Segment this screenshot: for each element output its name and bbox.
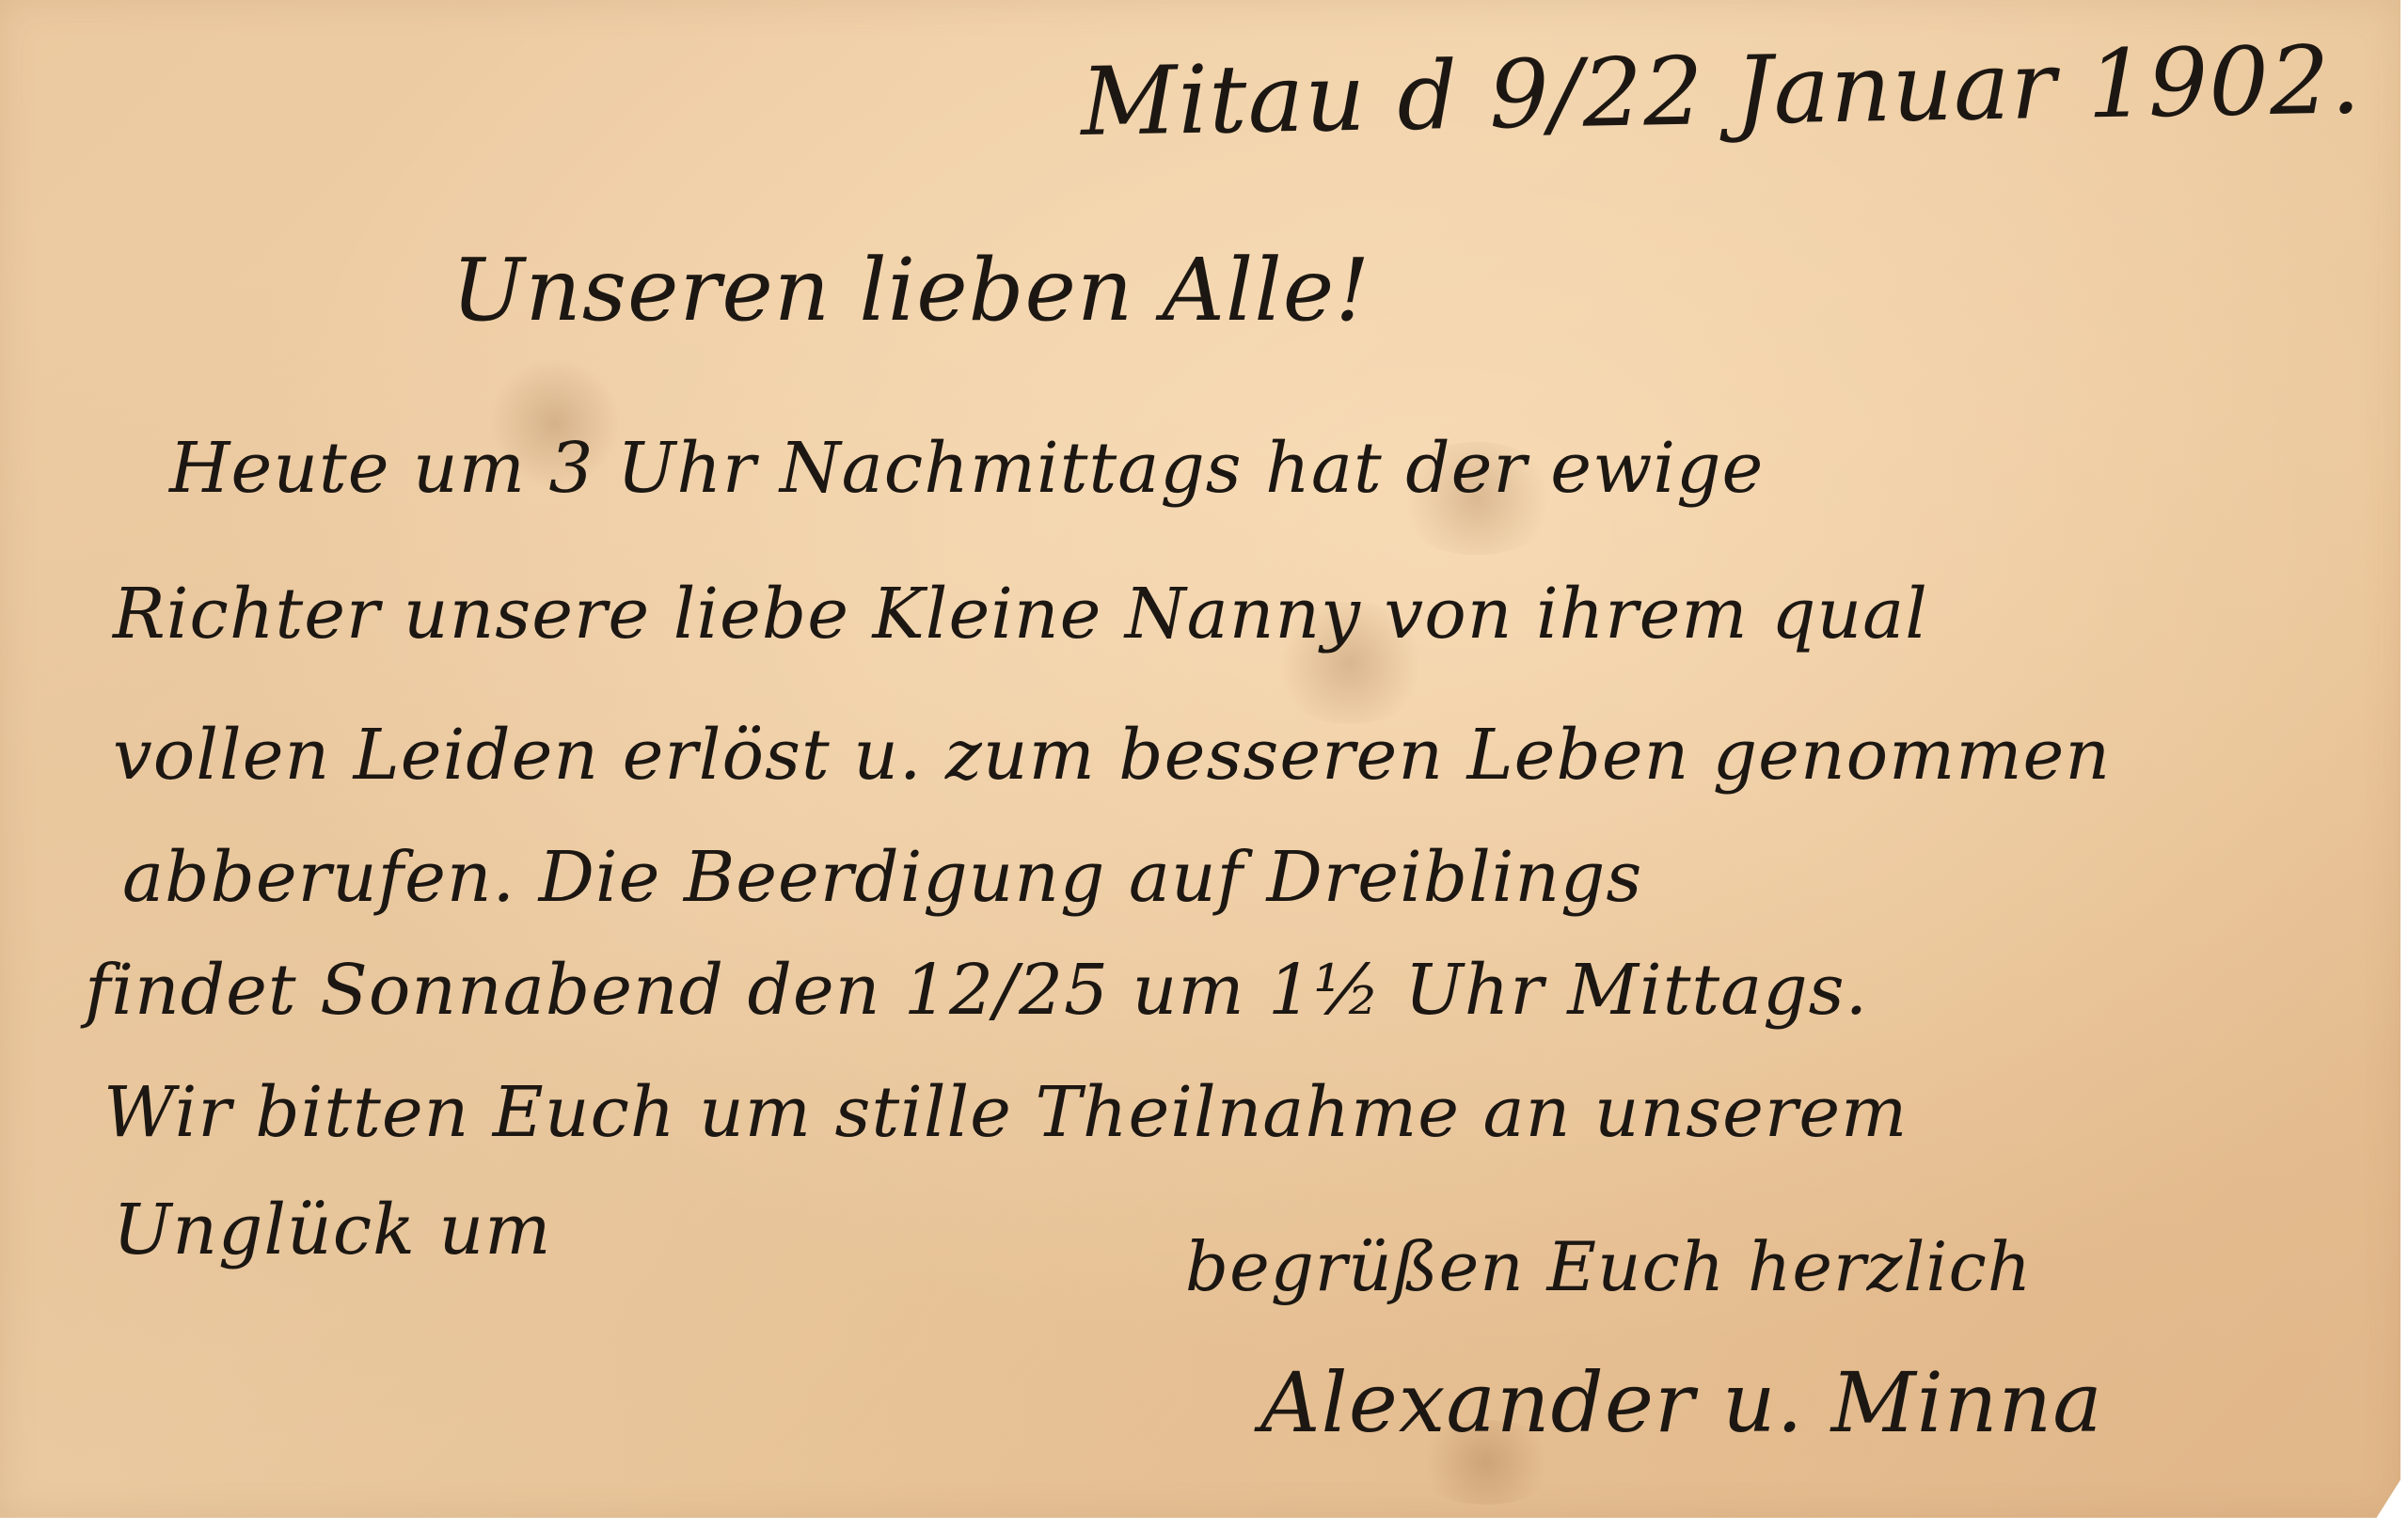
body-line: findet Sonnabend den 12/25 um 1½ Uhr Mit…	[85, 950, 1868, 1031]
salutation: Unseren lieben Alle!	[451, 240, 1370, 340]
closing: begrüßen Euch herzlich	[1185, 1227, 2032, 1306]
body-line: Unglück um	[113, 1190, 551, 1270]
body-line: Heute um 3 Uhr Nachmittags hat der ewige	[169, 428, 1764, 509]
body-line: abberufen. Die Beerdigung auf Dreiblings	[122, 837, 1642, 918]
place-date: Mitau d 9/22 Januar 1902.	[1080, 24, 2362, 157]
body-line: vollen Leiden erlöst u. zum besseren Leb…	[113, 715, 2111, 796]
body-line: Wir bitten Euch um stille Theilnahme an …	[103, 1072, 1908, 1153]
postcard: Mitau d 9/22 Januar 1902. Unseren lieben…	[0, 0, 2400, 1518]
body-line: Richter unsere liebe Kleine Nanny von ih…	[113, 574, 1928, 655]
signature: Alexander u. Minna	[1260, 1354, 2103, 1451]
